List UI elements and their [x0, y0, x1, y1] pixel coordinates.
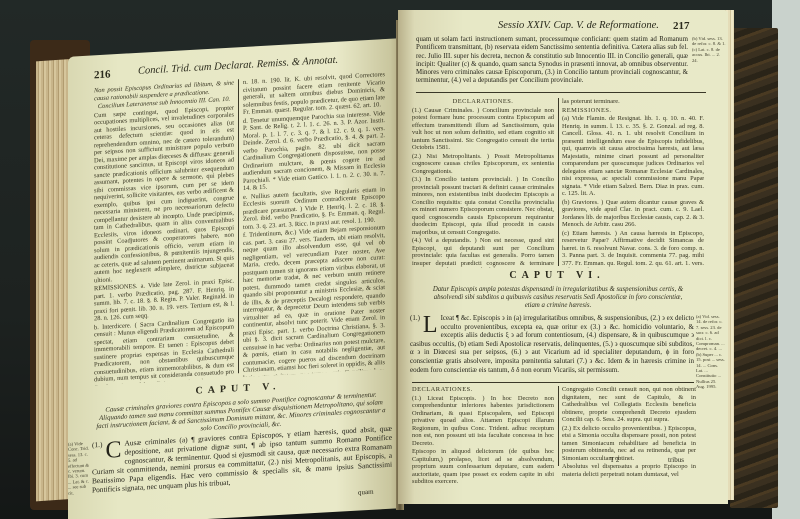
paragraph-marker: (1.) [92, 440, 102, 450]
declarations-heading: DECLARATIONES. [412, 386, 554, 394]
declaration-item: (1.) Causæ Criminales. ) Concilium provi… [412, 107, 554, 152]
remission-item: (c) Etiam hæresis. ) An causa hæresis in… [562, 230, 704, 269]
paragraph: Congregatio Concilii censuit non, qui no… [562, 386, 696, 424]
remission-item: (a) Vide Flamin. de Resignat. lib. 1. q.… [562, 115, 704, 198]
right-page: Sessio XXIV. Cap. V. de Reformatione. 21… [398, 10, 728, 504]
paragraph: las poterunt terminare. [562, 98, 704, 106]
right-column-3: DECLARATIONES. (1.) Liceat Episcopis. ) … [412, 386, 554, 486]
declaration-item: (2.) Nisi Metropolitanis. ) Possit Metro… [412, 153, 554, 176]
remission-item: (b) Graviores. ) Quæ autem dicantur caus… [562, 199, 704, 229]
declaration-item: Episcopo in aliquod delictorum (de quibu… [412, 448, 554, 486]
paragraph: Absolutus vel dispensatus a proprio Epis… [562, 463, 696, 478]
section-rule [416, 92, 706, 93]
chapter-body-vi: (1.) L Iceat ¶ &c. Episcopis ϶ in (a) ir… [410, 314, 694, 378]
drop-cap: C [105, 440, 121, 461]
chapter-v-continuation: quam ut solam facti instructionem sumant… [416, 36, 688, 90]
declarations-heading: DECLARATIONES. [412, 98, 554, 106]
right-column-1: DECLARATIONES. (1.) Causæ Criminales. ) … [412, 98, 554, 268]
chapter-heading-vi: CAPUT VI. [412, 270, 702, 281]
remissiones-heading: REMISSIONES. [562, 107, 704, 115]
paragraph: b. Interdicere. ( Sacra Cardinalium Cong… [94, 316, 234, 385]
declaration-item: (1.) Liceat Episcopis. ) In hoc Decreto … [412, 395, 554, 448]
paragraph: n. 18. n. 190. lit. K. ubi resolvit, quo… [243, 71, 385, 116]
column-divider [558, 98, 559, 266]
book-cover-right [730, 28, 778, 508]
right-column-4: Congregatio Concilii censuit non, qui no… [562, 386, 696, 486]
margin-note-left: (a) Vide Conc. Trid. sess. 13. c. 5. ad … [68, 441, 90, 502]
column-divider [238, 79, 239, 373]
section-rule [412, 382, 694, 383]
right-column-2: las poterunt terminare. REMISSIONES. (a)… [562, 98, 704, 268]
signature-mark: T 2 [610, 456, 619, 464]
paragraph: Iceat ¶ &c. Episcopis ϶ in (a) irregular… [410, 314, 694, 374]
paragraph: f. Tridentinum, &c.) Vide etiam Bejam re… [243, 224, 385, 377]
drop-cap: L [423, 315, 438, 335]
catchword-right: tribus [668, 456, 684, 464]
paragraph-marker: (1.) [410, 314, 420, 323]
page-number-left: 216 [94, 68, 111, 81]
declaration-item: (4.) Vel a deputandis. ) Non est necesse… [412, 237, 554, 268]
left-page: 216 Concil. Trid. cum Declarat. Remiss. … [68, 38, 404, 519]
margin-note-top: (b) Vid. sess. 13. de refor. c. 8. & 1. … [692, 36, 726, 76]
running-head-right: Sessio XXIV. Cap. V. de Reformatione. [498, 20, 659, 31]
left-column-2: n. 18. n. 190. lit. K. ubi resolvit, quo… [243, 71, 385, 377]
remissiones: REMISSIONES. a. Vide late Zerol. in prax… [94, 278, 234, 323]
chapter-summary-vi: Datur Episcopis ampla potestas dispensan… [428, 286, 688, 310]
margin-note-caput6: (a) Vid. sess. 14. de refor. c. 7. sess.… [696, 314, 726, 434]
page-number-right: 217 [673, 20, 690, 32]
running-head-left: Concil. Trid. cum Declarat. Remiss. & An… [138, 55, 338, 77]
catchword-left: quam [358, 488, 374, 497]
declaration-item: (3.) In Concilio tantum provinciali. ) I… [412, 176, 554, 236]
paragraph: Cum sæpe contingat, quod Episcopi, propt… [94, 104, 234, 284]
column-divider [558, 386, 559, 466]
paragraph: d. Tenetur unumquemque Parochia sua inte… [243, 110, 385, 193]
paragraph: e. Nullius autem facultatis, sive Regula… [243, 186, 385, 231]
left-column-1: Non possit Episcopus Ordinarius ad libit… [94, 80, 234, 386]
